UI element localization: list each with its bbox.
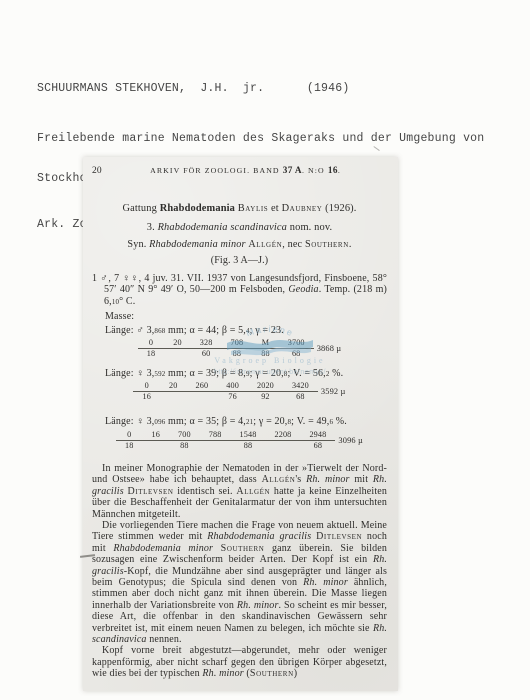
- formula-denominator: 88: [221, 348, 252, 359]
- text-segment: ): [294, 668, 297, 679]
- text-segment: Länge: ♀ 3,: [105, 416, 154, 427]
- formula-numerator: 700: [169, 430, 200, 440]
- species-heading: 3. Rhabdodemania scandinavica nom. nov.: [92, 222, 387, 233]
- text-segment: mm; α = 44; β = 5,: [165, 325, 246, 336]
- text-segment: Gattung: [122, 203, 159, 214]
- text-segment: et: [268, 203, 281, 214]
- text-segment: 096: [154, 418, 165, 426]
- text-segment: mit: [350, 474, 373, 485]
- text-segment: , nec: [282, 239, 305, 250]
- formula-total: 3592 µ: [318, 386, 346, 397]
- text-segment: ; γ = 20,: [250, 368, 284, 379]
- body-paragraph-1: In meiner Monographie der Nematoden in d…: [92, 463, 387, 520]
- formula-denominator: [186, 391, 217, 402]
- formula-numerator: 20: [160, 381, 187, 391]
- text-segment: ; γ = 20,: [253, 416, 287, 427]
- body-paragraph-2: Die vorliegenden Tiere machen die Frage …: [92, 520, 387, 645]
- formula-total: 3868 µ: [314, 343, 342, 354]
- text-segment: mm; α = 39; β = 8,: [165, 368, 246, 379]
- text-segment: %.: [329, 368, 343, 379]
- text-segment: Syn.: [127, 239, 149, 250]
- text-segment: Southern: [250, 668, 294, 679]
- formula-numerator: 708: [221, 338, 252, 348]
- text-segment: .: [338, 166, 341, 175]
- text-segment: Rh. minor: [237, 600, 279, 611]
- length-line: Länge: ♀ 3,096 mm; α = 35; β = 4,21; γ =…: [105, 416, 387, 428]
- text-segment: ; V. = 56,: [287, 368, 325, 379]
- formula-numerator: 260: [186, 381, 217, 391]
- formula-denominator: 88: [252, 348, 279, 359]
- page-number: 20: [92, 166, 122, 177]
- formula-numerator: 0: [138, 338, 165, 348]
- formula-denominator: 18: [116, 440, 143, 451]
- text-segment: .: [349, 239, 352, 250]
- text-segment: ° C.: [119, 296, 135, 307]
- formula-denominator: 88: [230, 440, 265, 451]
- text-segment: %.: [333, 416, 347, 427]
- masse-label: Masse:: [105, 311, 387, 322]
- formula-numerator: 2020: [248, 381, 283, 391]
- formula-numerator: M: [252, 338, 279, 348]
- citation-author: SCHUURMANS STEKHOVEN, J.H. jr. (1946): [37, 82, 507, 96]
- text-segment: mm; α = 35; β = 4,: [165, 416, 246, 427]
- measurement-block: Länge: ♀ 3,592 mm; α = 39; β = 8,9; γ = …: [92, 368, 387, 402]
- formula-denominator: 68: [300, 440, 335, 451]
- formula-denominator: [164, 348, 191, 359]
- length-line: Länge: ♀ 3,592 mm; α = 39; β = 8,9; γ = …: [105, 368, 387, 380]
- text-segment: Rhabdodemania gracilis: [207, 531, 311, 542]
- text-segment: nennen.: [147, 634, 182, 645]
- formula-denominator: 68: [279, 348, 314, 359]
- text-segment: 3.: [147, 222, 158, 233]
- formula-numerator: 20: [164, 338, 191, 348]
- text-segment: Ditlevsen: [128, 486, 174, 497]
- formula-numerator: 16: [143, 430, 170, 440]
- text-segment: Rhabdodemania minor: [113, 543, 213, 554]
- text-segment: Rhabdodemania scandinavica: [158, 222, 287, 233]
- formula-numerator: 400: [217, 381, 248, 391]
- measurements: Länge: ♂ 3,868 mm; α = 44; β = 5,4; γ = …: [92, 325, 387, 451]
- formula-numerator: 0: [133, 381, 160, 391]
- formula-denominator: 68: [283, 391, 318, 402]
- scanned-page: 20 ARKIV FÖR ZOOLOGI. BAND 37 A. N:O 16.…: [83, 157, 398, 691]
- text-segment: . N:O: [302, 166, 328, 175]
- text-segment: Ditlevsen: [316, 531, 362, 542]
- formula-denominator: 60: [191, 348, 222, 359]
- text-segment: 's: [295, 474, 306, 485]
- text-segment: Daubney: [282, 203, 323, 214]
- text-segment: 868: [154, 327, 165, 335]
- text-segment: [213, 543, 221, 554]
- formula-numerator: 3700: [279, 338, 314, 348]
- text-segment: identisch sei.: [174, 486, 237, 497]
- text-segment: 592: [154, 370, 165, 378]
- text-segment: Allgén: [262, 474, 296, 485]
- formula-denominator: [143, 440, 170, 451]
- text-segment: Länge: ♂ 3,: [105, 325, 154, 336]
- text-segment: Allgén: [236, 486, 270, 497]
- text-segment: Rh. minor: [303, 577, 348, 588]
- formula-numerator: 788: [200, 430, 231, 440]
- citation-title-line1: Freilebende marine Nematoden des Skagera…: [37, 132, 507, 146]
- text-segment: Southern: [305, 239, 349, 250]
- text-segment: Rhabdodemania minor: [149, 239, 246, 250]
- deman-formula: 020328708M370018608888683868 µ: [92, 338, 387, 359]
- formula-numerator: 1548: [230, 430, 265, 440]
- measurement-block: Länge: ♂ 3,868 mm; α = 44; β = 5,4; γ = …: [92, 325, 387, 359]
- length-line: Länge: ♂ 3,868 mm; α = 44; β = 5,4; γ = …: [105, 325, 387, 337]
- deman-formula: 02026040020203420167692683592 µ: [92, 381, 387, 402]
- text-segment: Rh. minor: [306, 474, 349, 485]
- text-segment: Allgén: [248, 239, 282, 250]
- formula-numerator: 2208: [265, 430, 300, 440]
- text-segment: 16: [328, 165, 338, 175]
- formula-numerator: 0: [116, 430, 143, 440]
- figure-reference: (Fig. 3 A—J.): [92, 255, 387, 266]
- formula-numerator: 2948: [300, 430, 335, 440]
- formula-denominator: 16: [133, 391, 160, 402]
- deman-formula: 016700788154822082948188888683096 µ: [92, 430, 387, 451]
- text-segment: ; V. = 49,: [291, 416, 329, 427]
- text-segment: Rhabdodemania: [160, 203, 235, 214]
- text-segment: Geodia: [288, 284, 318, 295]
- formula-numerator: 3420: [283, 381, 318, 391]
- page-header: 20 ARKIV FÖR ZOOLOGI. BAND 37 A. N:O 16.: [92, 165, 387, 177]
- formula-total: 3096 µ: [335, 435, 363, 446]
- running-head: ARKIV FÖR ZOOLOGI. BAND 37 A. N:O 16.: [122, 165, 387, 176]
- formula-denominator: 18: [138, 348, 165, 359]
- formula-denominator: 88: [169, 440, 200, 451]
- measurement-block: Länge: ♀ 3,096 mm; α = 35; β = 4,21; γ =…: [92, 416, 387, 450]
- collection-record: 1 ♂, 7 ♀♀, 4 juv. 31. VII. 1937 von Lang…: [92, 273, 387, 308]
- text-segment: (1926).: [322, 203, 356, 214]
- genus-heading: Gattung Rhabdodemania Baylis et Daubney …: [92, 203, 387, 214]
- formula-denominator: 76: [217, 391, 248, 402]
- formula-denominator: [200, 440, 231, 451]
- text-segment: 37 A: [283, 165, 302, 175]
- formula-denominator: [265, 440, 300, 451]
- formula-denominator: [160, 391, 187, 402]
- text-segment: ; γ = 23.: [250, 325, 284, 336]
- text-segment: Rh. minor: [202, 668, 243, 679]
- formula-denominator: 92: [248, 391, 283, 402]
- text-segment: Länge: ♀ 3,: [105, 368, 154, 379]
- formula-numerator: 328: [191, 338, 222, 348]
- text-segment: nom. nov.: [287, 222, 332, 233]
- body-paragraph-3: Kopf vorne breit abgestutzt—abgerundet, …: [92, 645, 387, 679]
- text-segment: Southern: [221, 543, 265, 554]
- text-segment: Baylis: [238, 203, 269, 214]
- synonym-heading: Syn. Rhabdodemania minor Allgén, nec Sou…: [92, 239, 387, 250]
- text-segment: ARKIV FÖR ZOOLOGI. BAND: [150, 166, 283, 175]
